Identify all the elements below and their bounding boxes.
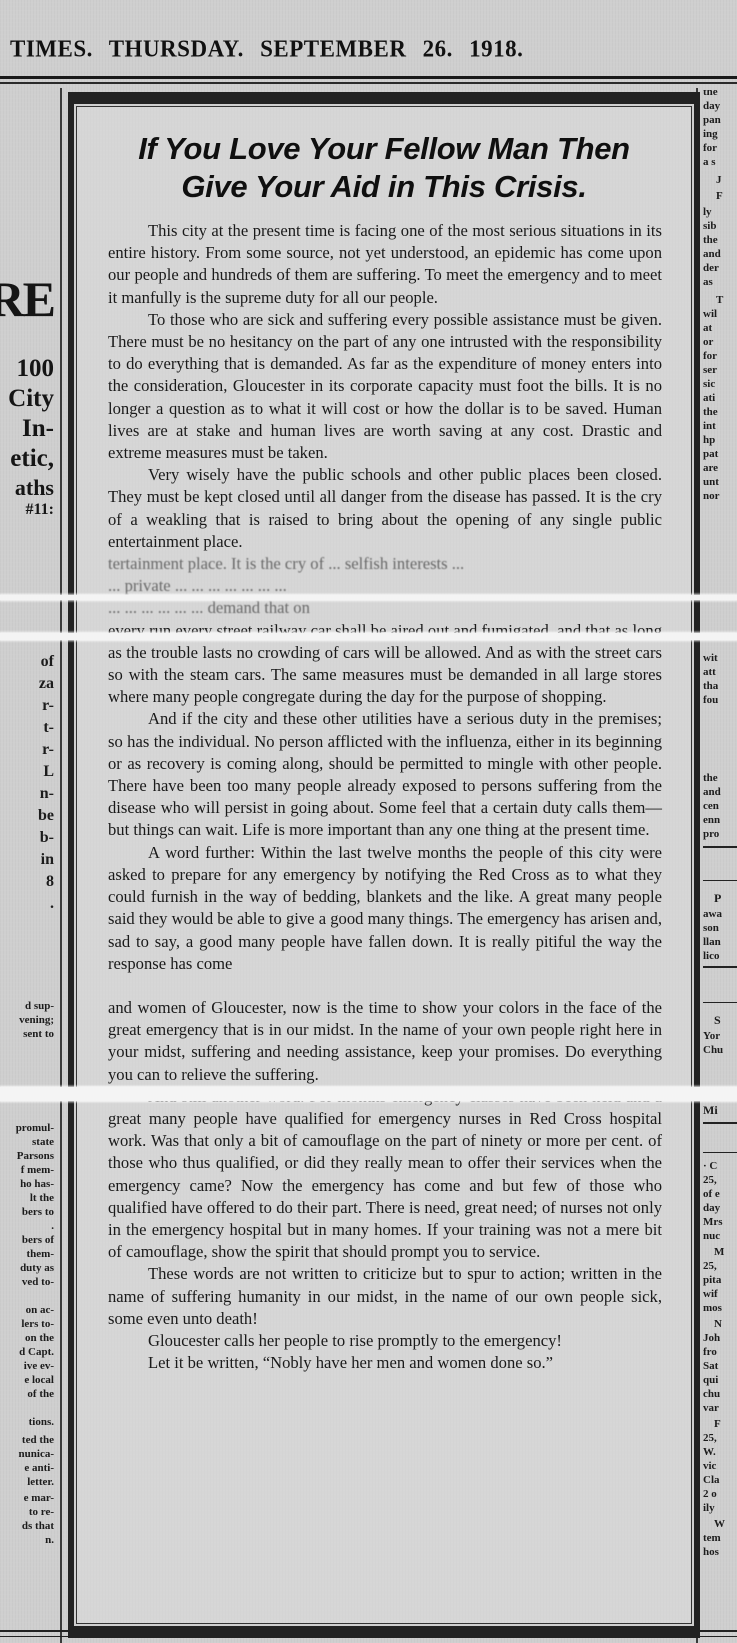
masthead-dateline: TIMES. THURSDAY. SEPTEMBER 26. 1918. [10,35,523,62]
fold-tear [0,595,737,600]
rule [703,1122,737,1124]
editorial-body: This city at the present time is facing … [84,220,684,1374]
masthead-rule-secondary [0,82,737,84]
left-column-fragment: RE 100 City In- etic, aths #11: of za r-… [0,90,56,1643]
masthead-rule [0,76,737,79]
damaged-line: tertainment place. It is the cry of ... … [108,553,662,575]
bottom-rule-secondary [0,1636,737,1637]
paragraph: These words are not written to criticize… [108,1263,662,1330]
paragraph: A word further: Within the last twelve m… [108,842,662,975]
paragraph: and women of Gloucester, now is the time… [108,997,662,1086]
fold-tear [0,633,737,640]
paragraph: And if the city and these other utilitie… [108,708,662,841]
column-divider-left [60,88,62,1643]
bottom-rule [0,1630,737,1632]
paragraph: Very wisely have the public schools and … [108,464,662,553]
fold-tear [0,1087,737,1101]
rule [703,1002,737,1003]
rule [703,1152,737,1153]
paragraph: And still another word. For months emerg… [108,1086,662,1264]
paragraph: Let it be written, “Nobly have her men a… [108,1352,662,1374]
damaged-line: ... ... ... ... ... ... demand that on [108,597,662,619]
paragraph: Gloucester calls her people to rise prom… [108,1330,662,1352]
editorial-box: If You Love Your Fellow Man Then Give Yo… [68,92,700,1638]
headline-line-1: If You Love Your Fellow Man Then [84,130,684,168]
rule [703,966,737,968]
editorial-content: If You Love Your Fellow Man Then Give Yo… [84,112,684,1618]
paragraph: To those who are sick and suffering ever… [108,309,662,464]
masthead: TIMES. THURSDAY. SEPTEMBER 26. 1918. [0,30,737,70]
rule [703,846,737,848]
right-column-fragment: the day pan ing for a s J F ly sib the a… [700,90,737,1643]
headline-line-2: Give Your Aid in This Crisis. [84,168,684,206]
editorial-headline: If You Love Your Fellow Man Then Give Yo… [84,130,684,206]
left-headline-fragment: RE [0,272,54,326]
rule [703,880,737,881]
paragraph: This city at the present time is facing … [108,220,662,309]
